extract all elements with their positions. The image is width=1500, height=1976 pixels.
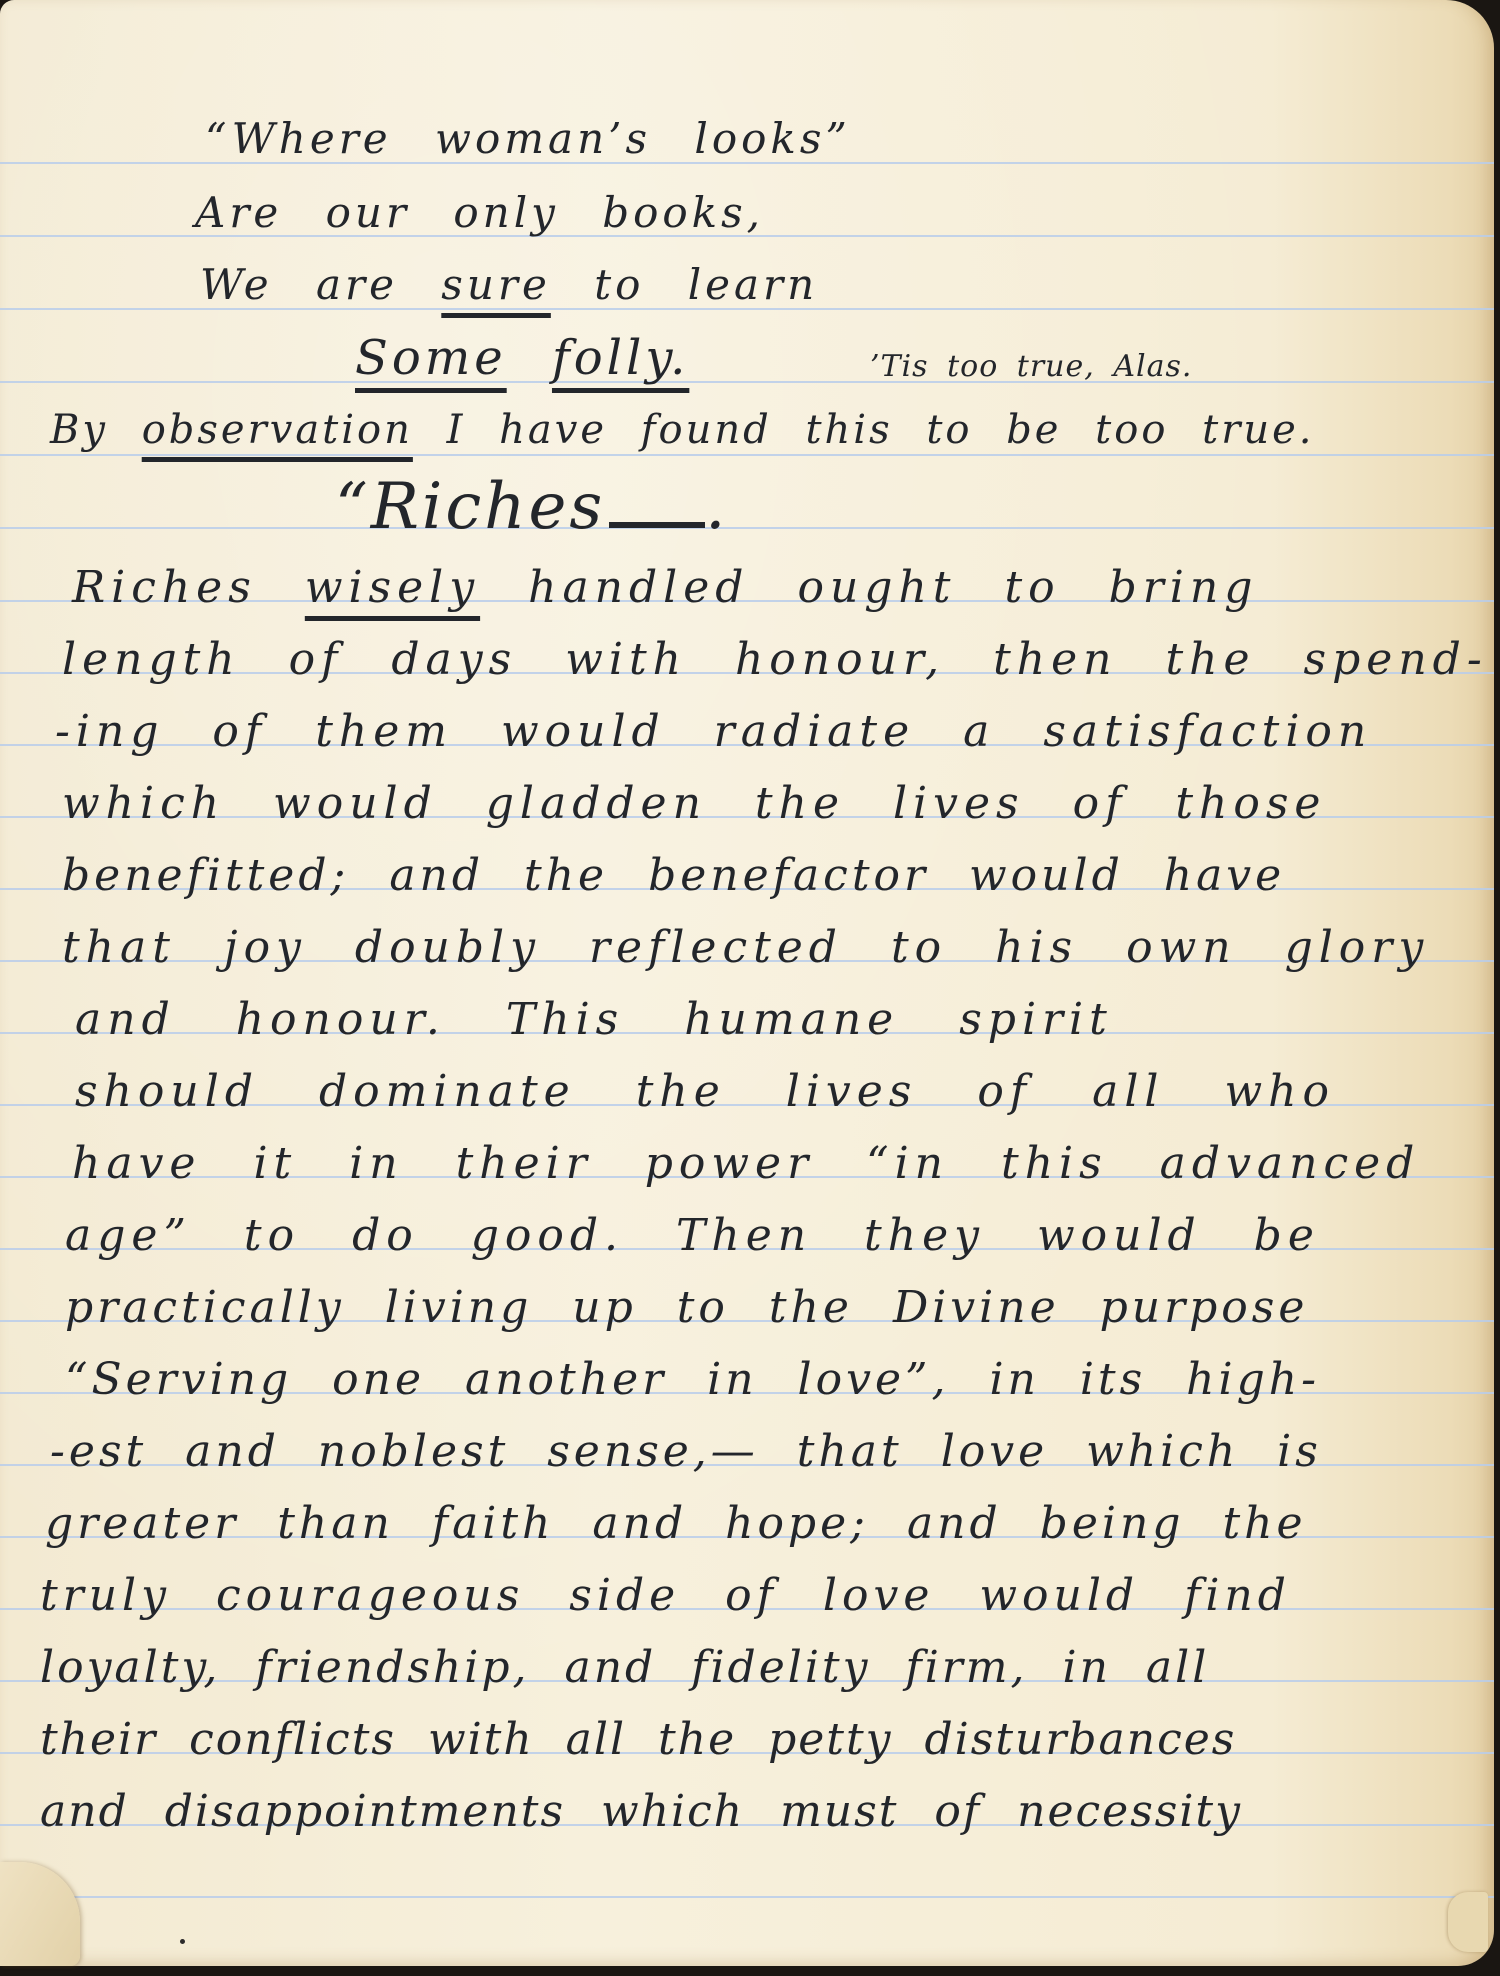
- ruled-line: [0, 454, 1494, 456]
- essay-line: benefitted; and the benefactor would hav…: [62, 854, 1285, 898]
- poem-line-3: We are sure to learn: [200, 264, 818, 306]
- underlined-word-sure: sure: [441, 260, 551, 309]
- ruled-line: [0, 527, 1494, 529]
- torn-corner-left: [0, 1862, 80, 1966]
- essay-line: practically living up to the Divine purp…: [65, 1286, 1308, 1330]
- poem-line-1: “Where woman’s looks”: [205, 118, 851, 160]
- essay-line: which would gladden the lives of those: [62, 782, 1326, 826]
- essay-line: and disappointments which must of necess…: [40, 1790, 1242, 1834]
- essay-line-1: Riches wisely handled ought to bring: [72, 566, 1258, 610]
- essay-line: their conflicts with all the petty distu…: [40, 1718, 1236, 1762]
- essay-line: and honour. This humane spirit: [75, 998, 1113, 1042]
- essay-line: that joy doubly reflected to his own glo…: [62, 926, 1429, 970]
- heading-period: .: [705, 470, 728, 544]
- essay-line: truly courageous side of love would find: [40, 1574, 1291, 1618]
- ruled-line: [0, 381, 1494, 383]
- essay-line: -ing of them would radiate a satisfactio…: [55, 710, 1372, 754]
- section-heading-riches: “Riches.: [335, 475, 729, 539]
- poem-line-3-start: We are: [200, 260, 398, 309]
- heading-dash-rule: [609, 522, 705, 528]
- ruled-line: [0, 1896, 1494, 1898]
- underlined-word-folly: folly.: [552, 330, 689, 386]
- torn-corner-right: [1448, 1892, 1488, 1952]
- heading-title: “Riches: [335, 470, 605, 544]
- essay-line: “Serving one another in love”, in its hi…: [65, 1358, 1320, 1402]
- essay-line: loyalty, friendship, and fidelity firm, …: [40, 1646, 1209, 1690]
- essay-line: greater than faith and hope; and being t…: [45, 1502, 1307, 1546]
- observation-line: By observation I have found this to be t…: [50, 410, 1314, 450]
- essay-line: should dominate the lives of all who: [75, 1070, 1335, 1114]
- observation-end: I have found this to be too true.: [447, 407, 1315, 453]
- notebook-page: “Where woman’s looks” Are our only books…: [0, 0, 1494, 1966]
- essay-line: -est and noblest sense,— that love which…: [50, 1430, 1322, 1474]
- poem-line-2: Are our only books,: [195, 192, 764, 234]
- poem-line-4: Some folly.: [355, 334, 689, 382]
- underlined-word-observation: observation: [142, 407, 413, 453]
- underlined-word-wisely: wisely: [305, 562, 480, 613]
- essay-line: age” to do good. Then they would be: [65, 1214, 1320, 1258]
- essay-line-1-start: Riches: [72, 562, 257, 613]
- underlined-word-some: Some: [355, 330, 507, 386]
- essay-line-1-end: handled ought to bring: [528, 562, 1258, 613]
- observation-start: By: [50, 407, 108, 453]
- ink-spot: [180, 1939, 185, 1944]
- margin-aside-note: ’Tis too true, Alas.: [870, 352, 1192, 382]
- essay-line: length of days with honour, then the spe…: [62, 638, 1488, 682]
- essay-line: have it in their power “in this advanced: [72, 1142, 1420, 1186]
- poem-line-3-end: to learn: [594, 260, 818, 309]
